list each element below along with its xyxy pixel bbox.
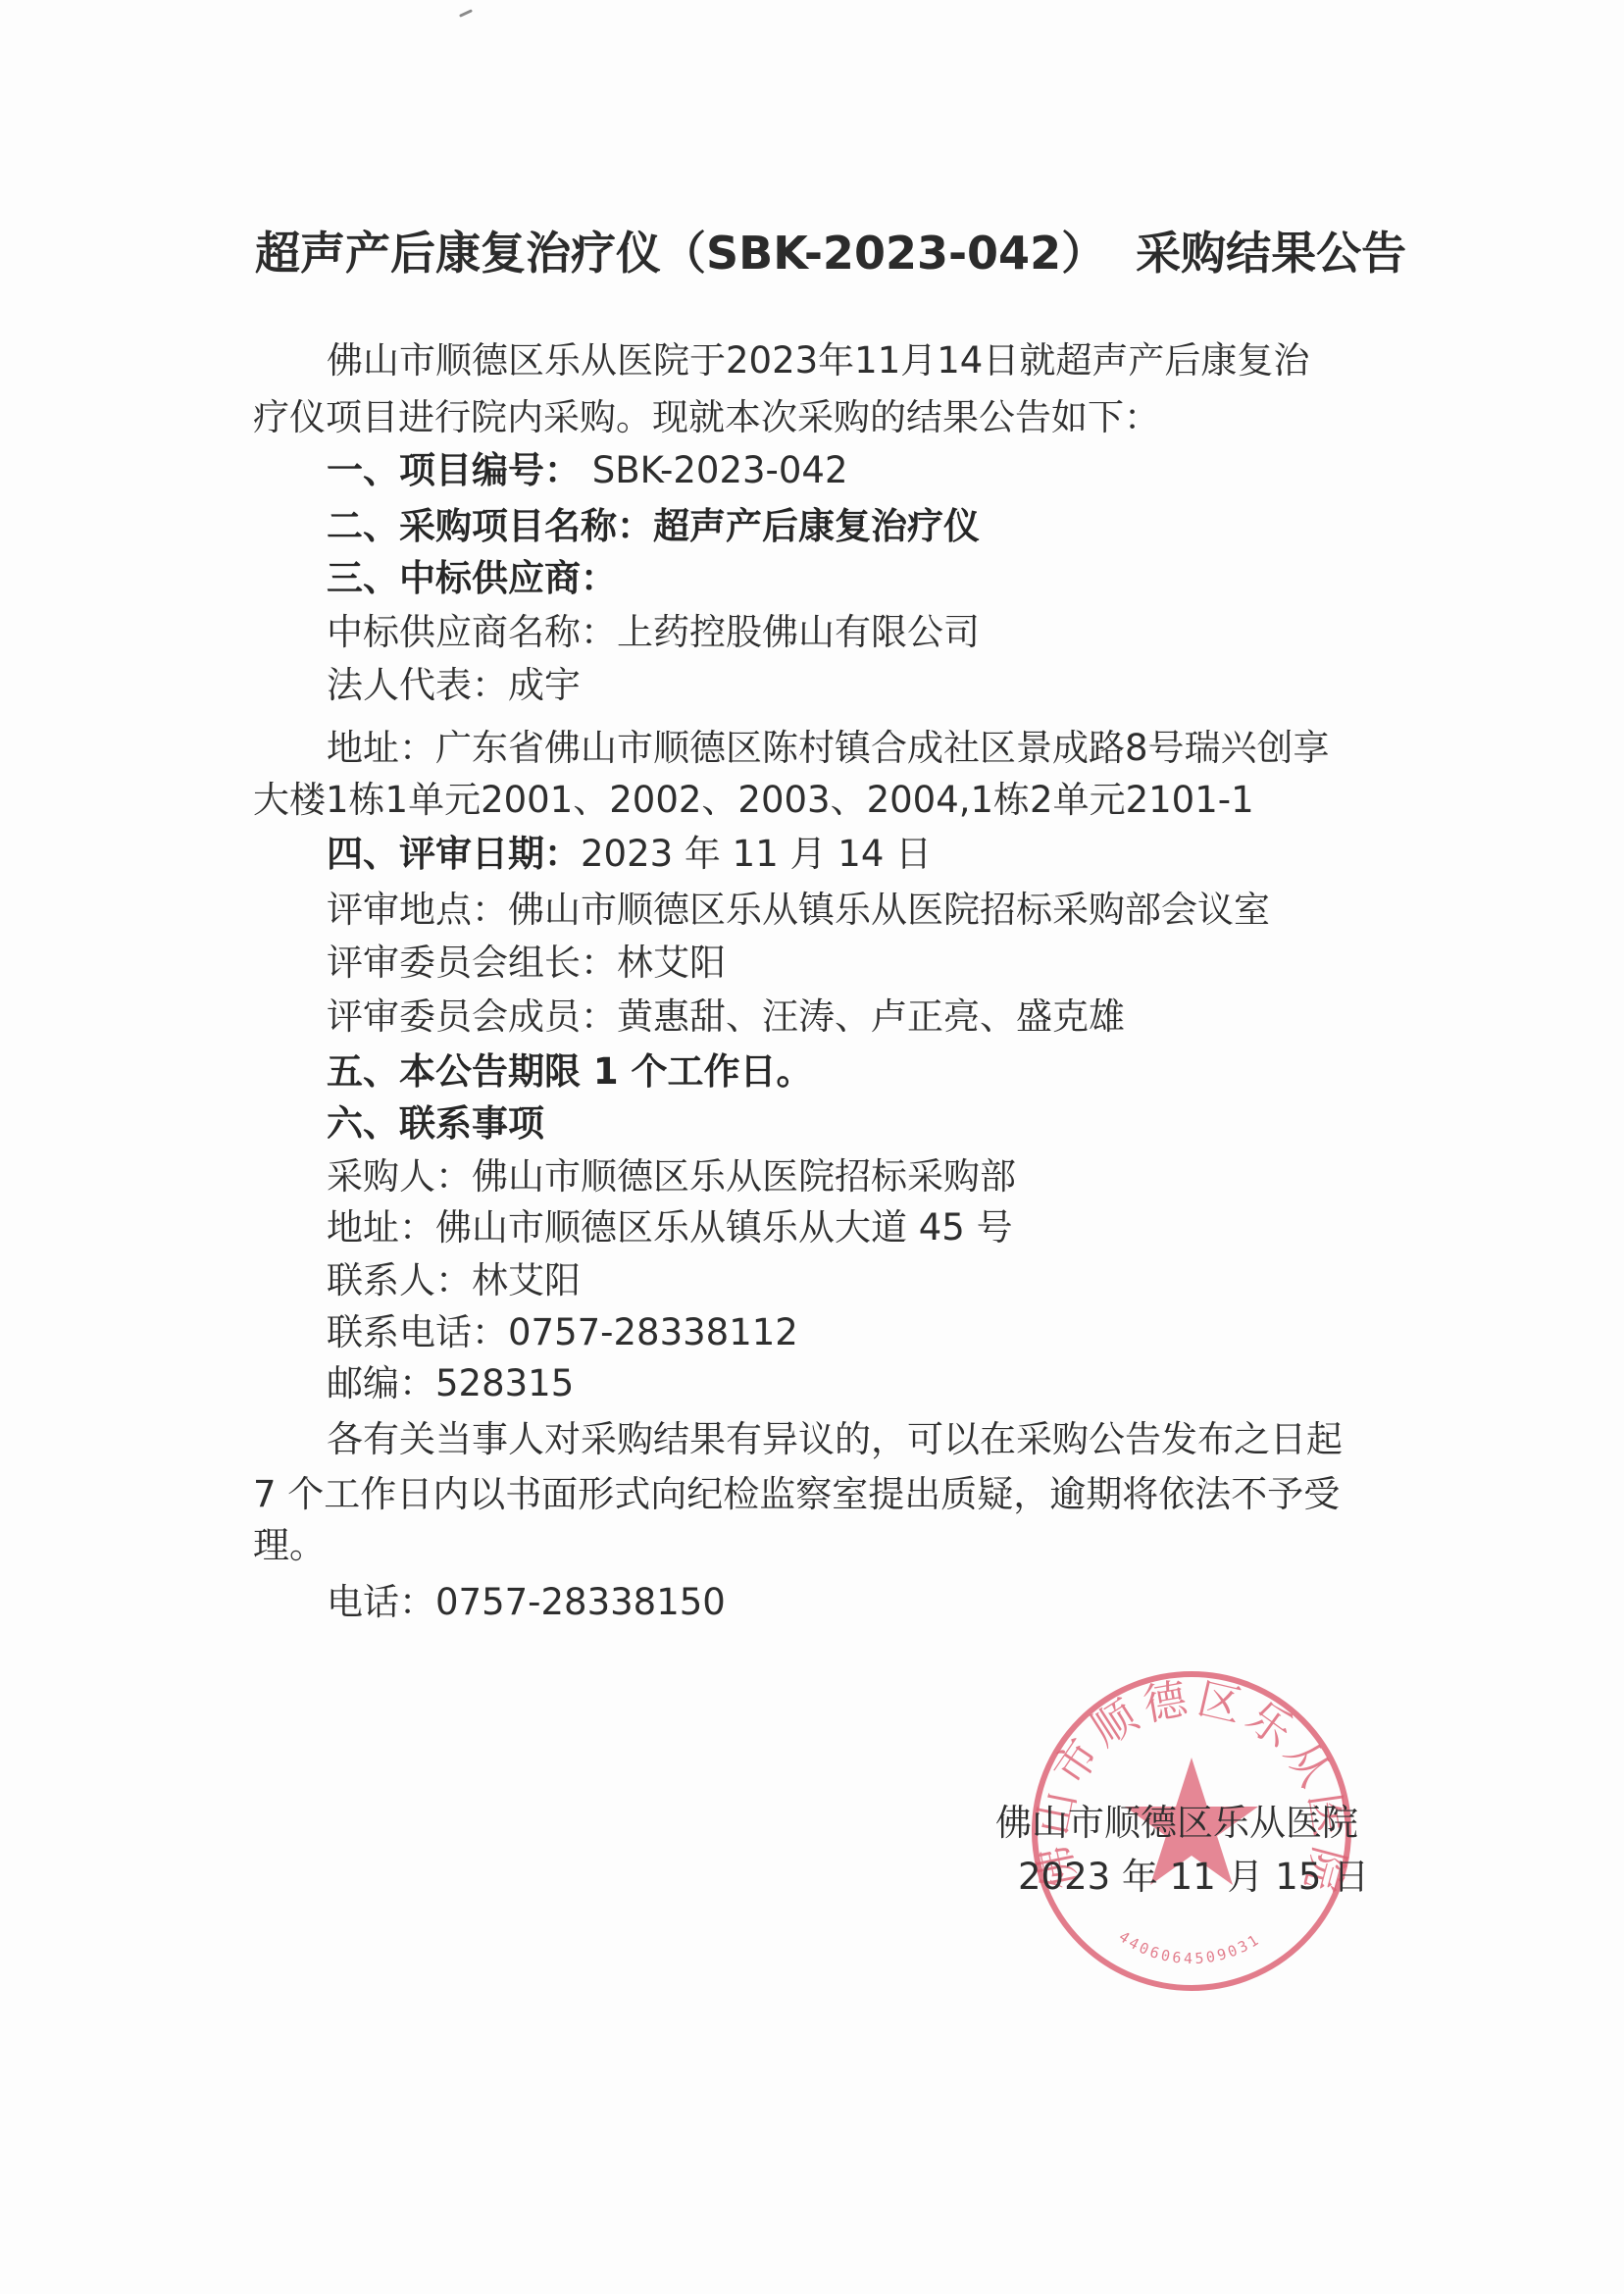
objection-line-1: 各有关当事人对采购结果有异议的，可以在采购公告发布之日起 bbox=[327, 1414, 1343, 1465]
section-review-date: 四、评审日期：2023 年 11 月 14 日 bbox=[327, 829, 932, 880]
title-main: 超声产后康复治疗仪（SBK-2023-042） bbox=[255, 227, 1106, 280]
section-value: 2023 年 11 月 14 日 bbox=[581, 833, 932, 875]
contact-postcode: 邮编：528315 bbox=[327, 1358, 574, 1409]
intro-line-2: 疗仪项目进行院内采购。现就本次采购的结果公告如下： bbox=[253, 392, 1160, 443]
contact-person: 联系人：林艾阳 bbox=[327, 1255, 581, 1306]
signature-org: 佛山市顺德区乐从医院 bbox=[995, 1798, 1358, 1849]
section-label: 四、评审日期： bbox=[327, 833, 581, 875]
objection-phone: 电话：0757-28338150 bbox=[327, 1577, 726, 1628]
page-title: 超声产后康复治疗仪（SBK-2023-042）采购结果公告 bbox=[255, 218, 1432, 282]
intro-line-1: 佛山市顺德区乐从医院于2023年11月14日就超声产后康复治 bbox=[327, 335, 1309, 386]
title-suffix: 采购结果公告 bbox=[1136, 227, 1406, 280]
supplier-name: 中标供应商名称：上药控股佛山有限公司 bbox=[327, 607, 980, 658]
supplier-legal-rep: 法人代表：成宇 bbox=[327, 660, 581, 711]
contact-address: 地址：佛山市顺德区乐从镇乐从大道 45 号 bbox=[327, 1202, 1013, 1253]
document-page: 超声产后康复治疗仪（SBK-2023-042）采购结果公告 佛山市顺德区乐从医院… bbox=[0, 0, 1624, 2294]
section-supplier-heading: 三、中标供应商： bbox=[327, 553, 617, 604]
review-members: 评审委员会成员：黄惠甜、汪涛、卢正亮、盛克雄 bbox=[327, 992, 1125, 1043]
review-leader: 评审委员会组长：林艾阳 bbox=[327, 938, 726, 989]
signature-date: 2023 年 11 月 15 日 bbox=[1018, 1852, 1369, 1903]
supplier-address-line-1: 地址：广东省佛山市顺德区陈村镇合成社区景成路8号瑞兴创享 bbox=[327, 723, 1330, 774]
scan-artifact bbox=[459, 9, 473, 18]
section-project-name: 二、采购项目名称：超声产后康复治疗仪 bbox=[327, 501, 980, 552]
section-value: SBK-2023-042 bbox=[581, 449, 848, 491]
contact-purchaser: 采购人：佛山市顺德区乐从医院招标采购部 bbox=[327, 1151, 1016, 1202]
objection-line-2: 7 个工作日内以书面形式向纪检监察室提出质疑，逾期将依法不予受 bbox=[253, 1469, 1340, 1520]
objection-line-3: 理。 bbox=[253, 1520, 326, 1571]
supplier-address-line-2: 大楼1栋1单元2001、2002、2003、2004,1栋2单元2101-1 bbox=[253, 775, 1254, 826]
section-notice-period: 五、本公告期限 1 个工作日。 bbox=[327, 1046, 813, 1097]
section-contact-heading: 六、联系事项 bbox=[327, 1098, 544, 1149]
review-location: 评审地点：佛山市顺德区乐从镇乐从医院招标采购部会议室 bbox=[327, 885, 1270, 936]
section-project-number: 一、项目编号： SBK-2023-042 bbox=[327, 445, 848, 496]
contact-phone: 联系电话：0757-28338112 bbox=[327, 1307, 798, 1358]
svg-text:4406064509031: 4406064509031 bbox=[1116, 1927, 1264, 1967]
section-label: 一、项目编号： bbox=[327, 449, 581, 491]
